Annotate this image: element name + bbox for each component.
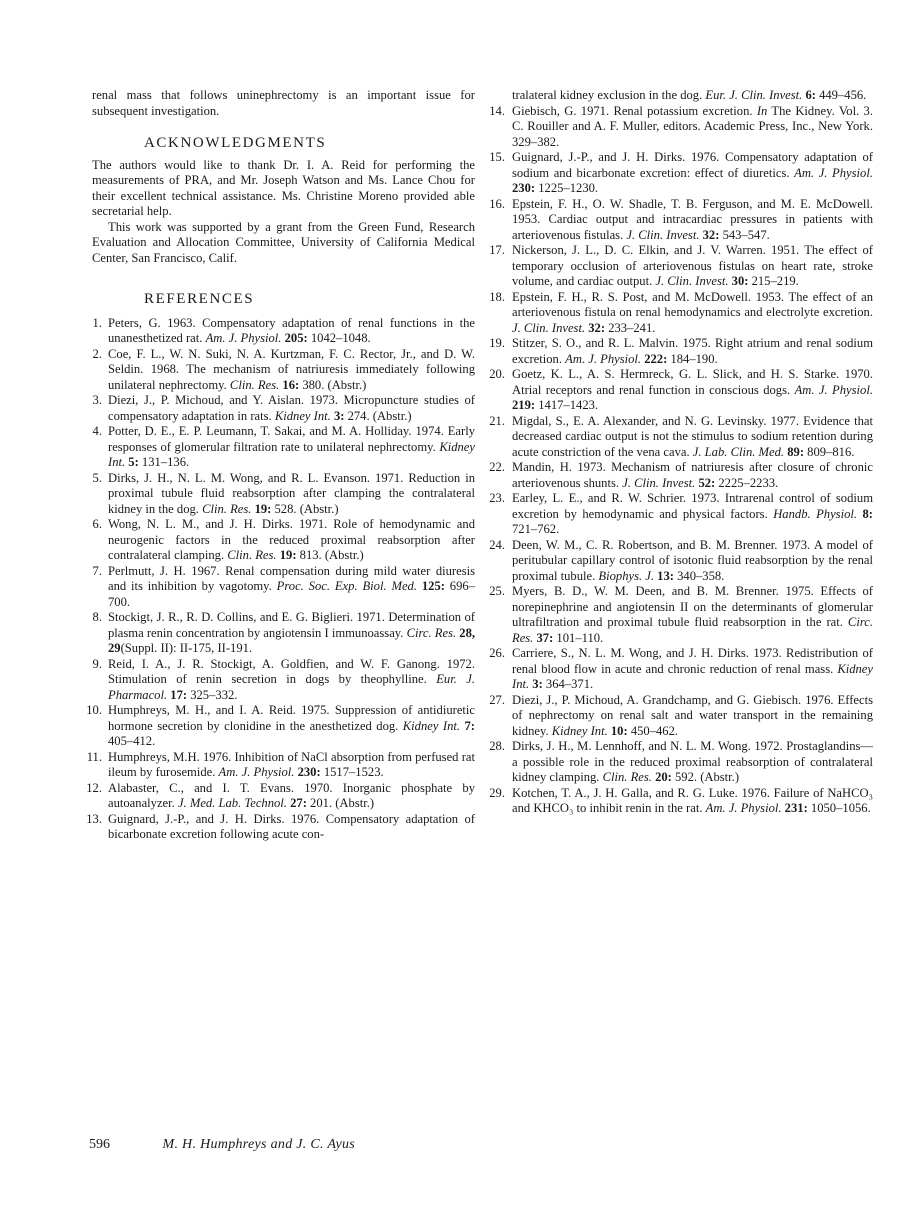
reference-item: 29.Kotchen, T. A., J. H. Galla, and R. G… xyxy=(485,786,873,817)
reference-pages: 215–219. xyxy=(748,274,798,288)
reference-number: 10. xyxy=(84,703,102,719)
reference-number: 27. xyxy=(485,693,505,709)
reference-number: 5. xyxy=(92,471,102,487)
reference-pages: 364–371. xyxy=(543,677,593,691)
intro-paragraph: renal mass that follows uninephrectomy i… xyxy=(92,88,475,119)
reference-item: 28.Dirks, J. H., M. Lennhoff, and N. L. … xyxy=(485,739,873,786)
reference-number: 22. xyxy=(485,460,505,476)
reference-volume: 205: xyxy=(281,331,307,345)
reference-journal: J. Clin. Invest. xyxy=(655,274,728,288)
reference-continuation: tralateral kidney exclusion in the dog. … xyxy=(485,88,873,104)
reference-journal: Eur. J. Clin. Invest. xyxy=(705,88,802,102)
right-column: tralateral kidney exclusion in the dog. … xyxy=(485,88,873,817)
reference-volume: 13: xyxy=(654,569,674,583)
reference-volume: 16: xyxy=(279,378,299,392)
reference-item: 13.Guignard, J.-P., and J. H. Dirks. 197… xyxy=(92,812,475,843)
reference-journal: J. Med. Lab. Technol. xyxy=(178,796,287,810)
reference-journal: Clin. Res. xyxy=(230,378,279,392)
reference-volume: 27: xyxy=(287,796,307,810)
funding-paragraph: This work was supported by a grant from … xyxy=(92,220,475,267)
reference-number: 9. xyxy=(92,657,102,673)
reference-pages: 813. (Abstr.) xyxy=(297,548,364,562)
reference-pages: 809–816. xyxy=(804,445,854,459)
reference-volume: 3: xyxy=(529,677,543,691)
reference-journal: Handb. Physiol. xyxy=(773,507,857,521)
reference-number: 11. xyxy=(84,750,102,766)
reference-number: 1. xyxy=(92,316,102,332)
reference-journal: J. Lab. Clin. Med. xyxy=(693,445,784,459)
reference-text: Myers, B. D., W. M. Deen, and B. M. Bren… xyxy=(512,584,873,629)
references-heading: REFERENCES xyxy=(92,292,475,308)
reference-item: 6.Wong, N. L. M., and J. H. Dirks. 1971.… xyxy=(92,517,475,564)
reference-volume: 222: xyxy=(641,352,667,366)
reference-number: 12. xyxy=(84,781,102,797)
reference-volume: 125: xyxy=(417,579,445,593)
reference-volume: 8: xyxy=(857,507,873,521)
reference-text: Guignard, J.-P., and J. H. Dirks. 1976. … xyxy=(108,812,475,842)
reference-item: 11.Humphreys, M.H. 1976. Inhibition of N… xyxy=(92,750,475,781)
reference-number: 3. xyxy=(92,393,102,409)
reference-item: 15.Guignard, J.-P., and J. H. Dirks. 197… xyxy=(485,150,873,197)
reference-volume: 30: xyxy=(729,274,749,288)
reference-journal: Kidney Int. xyxy=(403,719,460,733)
reference-item: 4.Potter, D. E., E. P. Leumann, T. Sakai… xyxy=(92,424,475,471)
reference-item: 18.Epstein, F. H., R. S. Post, and M. Mc… xyxy=(485,290,873,337)
reference-pages: 2225–2233. xyxy=(715,476,778,490)
reference-item: 8.Stockigt, J. R., R. D. Collins, and E.… xyxy=(92,610,475,657)
reference-volume: 10: xyxy=(608,724,628,738)
reference-volume: 19: xyxy=(251,502,271,516)
reference-journal: Am. J. Physiol. xyxy=(795,383,873,397)
reference-number: 20. xyxy=(485,367,505,383)
reference-item: 26.Carriere, S., N. L. M. Wong, and J. H… xyxy=(485,646,873,693)
reference-item: 27.Diezi, J., P. Michoud, A. Grandchamp,… xyxy=(485,693,873,740)
reference-pages: 592. (Abstr.) xyxy=(672,770,739,784)
reference-volume: 3: xyxy=(331,409,345,423)
reference-number: 21. xyxy=(485,414,505,430)
reference-journal: Clin. Res. xyxy=(603,770,652,784)
reference-pages: 201. (Abstr.) xyxy=(307,796,374,810)
reference-pages: 131–136. xyxy=(139,455,189,469)
reference-journal: In xyxy=(757,104,768,118)
reference-pages: 449–456. xyxy=(816,88,866,102)
reference-item: 2.Coe, F. L., W. N. Suki, N. A. Kurtzman… xyxy=(92,347,475,394)
reference-item: 23.Earley, L. E., and R. W. Schrier. 197… xyxy=(485,491,873,538)
reference-journal: Am. J. Physiol. xyxy=(706,801,782,815)
reference-volume: 5: xyxy=(125,455,139,469)
reference-item: 22.Mandin, H. 1973. Mechanism of natriur… xyxy=(485,460,873,491)
reference-journal: Biophys. J. xyxy=(598,569,654,583)
reference-pages: 340–358. xyxy=(674,569,724,583)
reference-volume: 7: xyxy=(460,719,475,733)
reference-list-left: 1.Peters, G. 1963. Compensatory adaptati… xyxy=(92,316,475,843)
reference-item: 7.Perlmutt, J. H. 1967. Renal compensati… xyxy=(92,564,475,611)
running-authors: M. H. Humphreys and J. C. Ayus xyxy=(163,1137,356,1152)
reference-item: 10.Humphreys, M. H., and I. A. Reid. 197… xyxy=(92,703,475,750)
reference-text: Epstein, F. H., R. S. Post, and M. McDow… xyxy=(512,290,873,320)
reference-item: 9.Reid, I. A., J. R. Stockigt, A. Goldfi… xyxy=(92,657,475,704)
reference-number: 25. xyxy=(485,584,505,600)
reference-item: 21.Migdal, S., E. A. Alexander, and N. G… xyxy=(485,414,873,461)
reference-volume: 230: xyxy=(294,765,320,779)
reference-text: Carriere, S., N. L. M. Wong, and J. H. D… xyxy=(512,646,873,676)
reference-pages: 325–332. xyxy=(187,688,237,702)
reference-item: 20.Goetz, K. L., A. S. Hermreck, G. L. S… xyxy=(485,367,873,414)
reference-pages: 184–190. xyxy=(667,352,717,366)
reference-pages: 274. (Abstr.) xyxy=(344,409,411,423)
reference-item: 5.Dirks, J. H., N. L. M. Wong, and R. L.… xyxy=(92,471,475,518)
reference-volume: 6: xyxy=(802,88,816,102)
reference-volume: 32: xyxy=(699,228,719,242)
reference-item: 17.Nickerson, J. L., D. C. Elkin, and J.… xyxy=(485,243,873,290)
reference-journal: Circ. Res. xyxy=(407,626,457,640)
reference-number: 17. xyxy=(485,243,505,259)
reference-pages: 405–412. xyxy=(108,734,155,748)
reference-pages: 233–241. xyxy=(605,321,655,335)
reference-number: 28. xyxy=(485,739,505,755)
reference-journal: Am. J. Physiol. xyxy=(219,765,295,779)
reference-number: 6. xyxy=(92,517,102,533)
reference-pages: 1042–1048. xyxy=(308,331,371,345)
reference-number: 13. xyxy=(84,812,102,828)
reference-volume: 19: xyxy=(277,548,297,562)
reference-pages: 1517–1523. xyxy=(321,765,384,779)
acknowledgments-heading: ACKNOWLEDGMENTS xyxy=(92,136,475,152)
reference-number: 24. xyxy=(485,538,505,554)
left-column: renal mass that follows uninephrectomy i… xyxy=(92,88,475,843)
reference-number: 8. xyxy=(92,610,102,626)
reference-volume: 219: xyxy=(512,398,535,412)
reference-journal: Proc. Soc. Exp. Biol. Med. xyxy=(277,579,417,593)
reference-number: 14. xyxy=(485,104,505,120)
reference-pages: 543–547. xyxy=(719,228,769,242)
reference-volume: 89: xyxy=(784,445,804,459)
reference-journal: Am. J. Physiol. xyxy=(206,331,282,345)
reference-pages: (Suppl. II): II-175, II-191. xyxy=(121,641,253,655)
reference-pages: 721–762. xyxy=(512,522,559,536)
reference-pages: 1225–1230. xyxy=(535,181,598,195)
reference-number: 26. xyxy=(485,646,505,662)
reference-journal: Kidney Int. xyxy=(552,724,608,738)
reference-volume: 20: xyxy=(652,770,672,784)
reference-item: 24.Deen, W. M., C. R. Robertson, and B. … xyxy=(485,538,873,585)
reference-item: 12.Alabaster, C., and I. T. Evans. 1970.… xyxy=(92,781,475,812)
reference-pages: 1417–1423. xyxy=(535,398,598,412)
reference-text: tralateral kidney exclusion in the dog. xyxy=(512,88,705,102)
reference-item: 16.Epstein, F. H., O. W. Shadle, T. B. F… xyxy=(485,197,873,244)
page-footer: 596 M. H. Humphreys and J. C. Ayus xyxy=(89,1137,355,1153)
reference-text: Potter, D. E., E. P. Leumann, T. Sakai, … xyxy=(108,424,475,454)
acknowledgments-paragraph: The authors would like to thank Dr. I. A… xyxy=(92,158,475,220)
reference-number: 7. xyxy=(92,564,102,580)
reference-volume: 230: xyxy=(512,181,535,195)
reference-journal: J. Clin. Invest. xyxy=(622,476,695,490)
reference-journal: J. Clin. Invest. xyxy=(512,321,585,335)
reference-number: 2. xyxy=(92,347,102,363)
reference-item: 3.Diezi, J., P. Michoud, and Y. Aislan. … xyxy=(92,393,475,424)
reference-item: 1.Peters, G. 1963. Compensatory adaptati… xyxy=(92,316,475,347)
reference-journal: Clin. Res. xyxy=(227,548,276,562)
reference-volume: 37: xyxy=(533,631,553,645)
reference-volume: 231: xyxy=(782,801,808,815)
page-number: 596 xyxy=(89,1137,159,1153)
reference-journal: Kidney Int. xyxy=(275,409,331,423)
reference-journal: Am. J. Physiol. xyxy=(565,352,641,366)
reference-item: 19.Stitzer, S. O., and R. L. Malvin. 197… xyxy=(485,336,873,367)
reference-item: 25.Myers, B. D., W. M. Deen, and B. M. B… xyxy=(485,584,873,646)
reference-number: 16. xyxy=(485,197,505,213)
reference-text: Reid, I. A., J. R. Stockigt, A. Goldfien… xyxy=(108,657,475,687)
reference-number: 18. xyxy=(485,290,505,306)
reference-pages: 101–110. xyxy=(553,631,603,645)
reference-list-right: tralateral kidney exclusion in the dog. … xyxy=(485,88,873,817)
reference-item: 14.Giebisch, G. 1971. Renal potassium ex… xyxy=(485,104,873,151)
reference-volume: 17: xyxy=(167,688,187,702)
reference-pages: 380. (Abstr.) xyxy=(299,378,366,392)
reference-number: 4. xyxy=(92,424,102,440)
reference-number: 29. xyxy=(485,786,505,802)
reference-number: 15. xyxy=(485,150,505,166)
reference-pages: 1050–1056. xyxy=(808,801,871,815)
reference-pages: 450–462. xyxy=(628,724,678,738)
reference-number: 19. xyxy=(485,336,505,352)
reference-volume: 32: xyxy=(585,321,605,335)
reference-journal: J. Clin. Invest. xyxy=(626,228,699,242)
reference-journal: Clin. Res. xyxy=(202,502,251,516)
reference-text: Giebisch, G. 1971. Renal potassium excre… xyxy=(512,104,757,118)
reference-journal: Am. J. Physiol. xyxy=(794,166,873,180)
reference-number: 23. xyxy=(485,491,505,507)
reference-volume: 52: xyxy=(695,476,715,490)
reference-pages: 528. (Abstr.) xyxy=(271,502,338,516)
